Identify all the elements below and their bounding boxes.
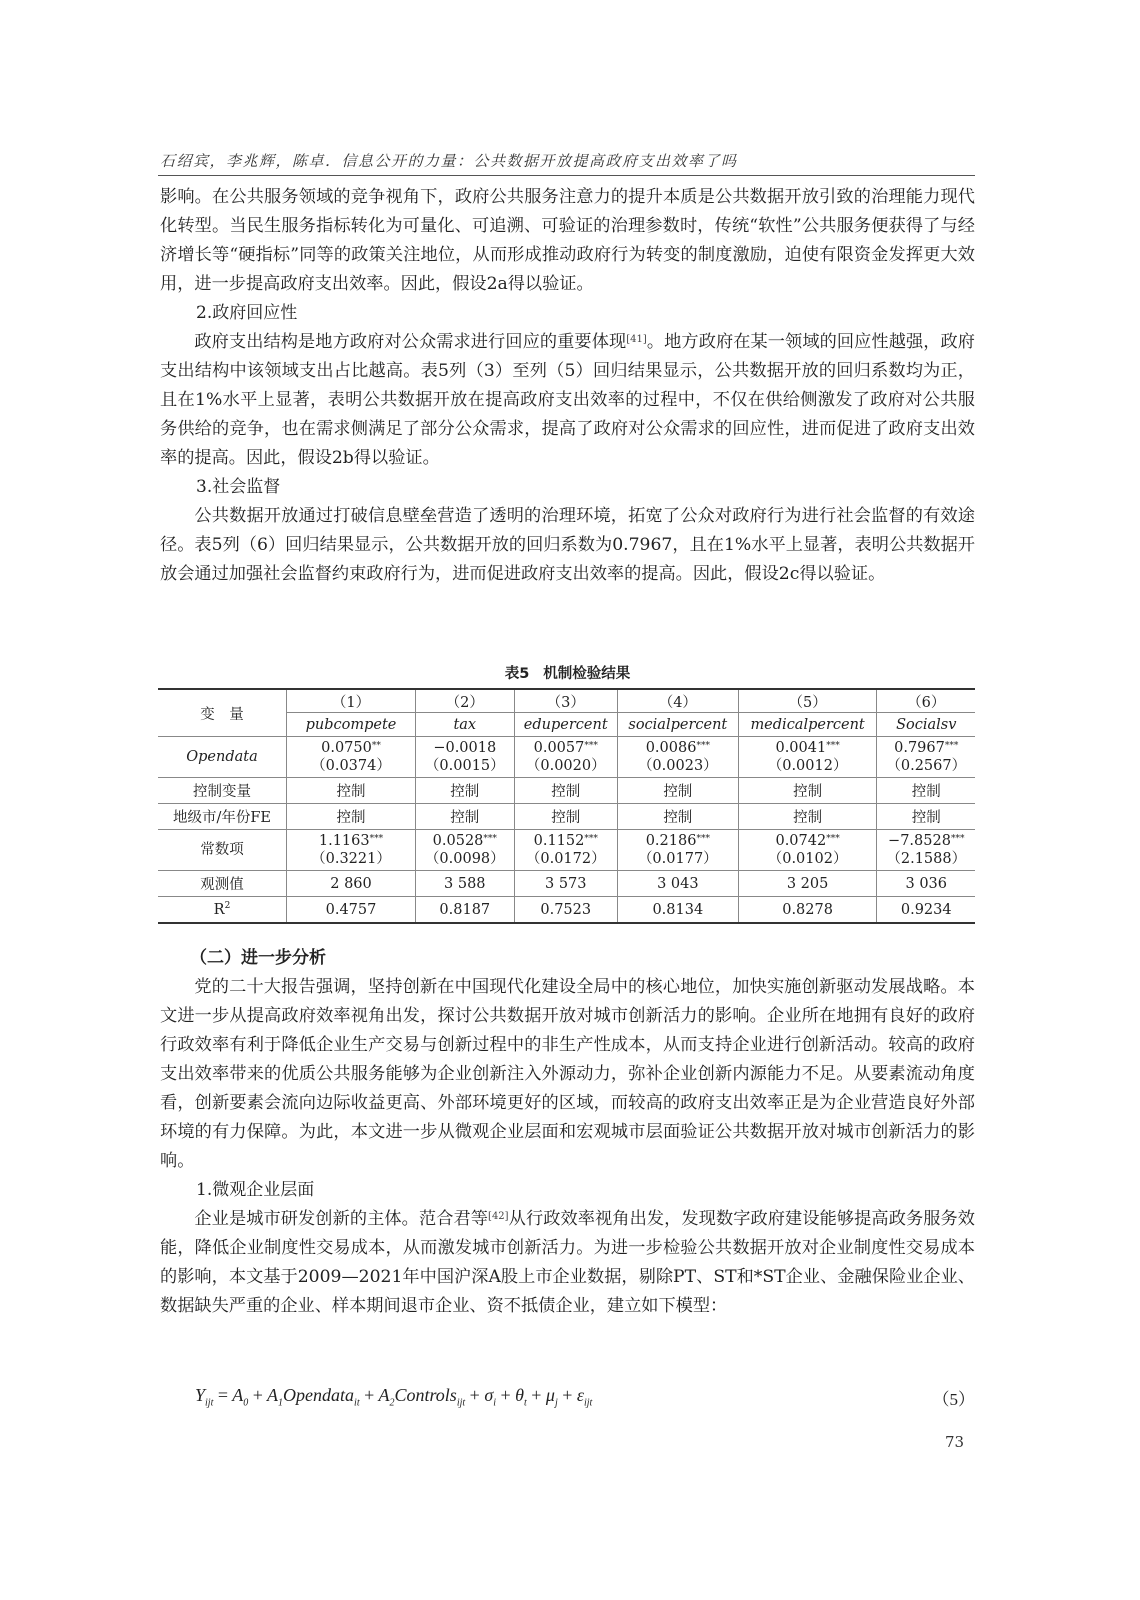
table-cell: −0.0018（0.0015） bbox=[416, 737, 515, 778]
col-name: tax bbox=[416, 713, 515, 737]
table-cell: 0.1152***（0.0172） bbox=[514, 830, 617, 871]
citation-ref[interactable]: [42] bbox=[488, 1211, 509, 1222]
paragraph: 公共数据开放通过打破信息壁垒营造了透明的治理环境，拓宽了公众对政府行为进行社会监… bbox=[160, 502, 975, 589]
table-header-row: 变 量 （1） （2） （3） （4） （5） （6） bbox=[158, 689, 975, 713]
col-name: medicalpercent bbox=[738, 713, 877, 737]
col-name: socialpercent bbox=[617, 713, 738, 737]
paragraph: 影响。在公共服务领域的竞争视角下，政府公共服务注意力的提升本质是公共数据开放引致… bbox=[160, 183, 975, 299]
table-cell: 3 205 bbox=[738, 871, 877, 897]
paragraph-text: 。地方政府在某一领域的回应性越强，政府支出结构中该领域支出占比越高。表5列（3）… bbox=[160, 332, 975, 468]
table-cell: 3 043 bbox=[617, 871, 738, 897]
table-row-opendata: Opendata 0.0750**（0.0374） −0.0018（0.0015… bbox=[158, 737, 975, 778]
table-cell: 0.8278 bbox=[738, 897, 877, 924]
table-row-fixed-effects: 地级市/年份FE 控制 控制 控制 控制 控制 控制 bbox=[158, 804, 975, 830]
col-number: （1） bbox=[287, 689, 416, 713]
row-label: 常数项 bbox=[158, 830, 287, 871]
table-cell: 0.9234 bbox=[877, 897, 975, 924]
header-rule bbox=[158, 175, 975, 176]
table-cell: 控制 bbox=[287, 778, 416, 804]
equation-number: （5） bbox=[933, 1385, 976, 1410]
row-label: Opendata bbox=[158, 737, 287, 778]
col-name: pubcompete bbox=[287, 713, 416, 737]
col-number: （5） bbox=[738, 689, 877, 713]
table-cell: 3 588 bbox=[416, 871, 515, 897]
table-cell: 控制 bbox=[617, 778, 738, 804]
paragraph: 企业是城市研发创新的主体。范合君等[42]从行政效率视角出发，发现数字政府建设能… bbox=[160, 1205, 975, 1321]
table-cell: 控制 bbox=[416, 804, 515, 830]
table-cell: −7.8528***（2.1588） bbox=[877, 830, 975, 871]
table-cell: 0.8187 bbox=[416, 897, 515, 924]
table-cell: 控制 bbox=[514, 804, 617, 830]
col-name: edupercent bbox=[514, 713, 617, 737]
table-cell: 0.4757 bbox=[287, 897, 416, 924]
paragraph-text: 政府支出结构是地方政府对公众需求进行回应的重要体现 bbox=[194, 332, 626, 352]
table-cell: 0.2186***（0.0177） bbox=[617, 830, 738, 871]
table-cell: 控制 bbox=[617, 804, 738, 830]
row-label: 控制变量 bbox=[158, 778, 287, 804]
col-number: （6） bbox=[877, 689, 975, 713]
table-row-constant: 常数项 1.1163***（0.3221） 0.0528***（0.0098） … bbox=[158, 830, 975, 871]
row-label: R2 bbox=[158, 897, 287, 924]
table-cell: 0.0750**（0.0374） bbox=[287, 737, 416, 778]
table-row-r-squared: R2 0.4757 0.8187 0.7523 0.8134 0.8278 0.… bbox=[158, 897, 975, 924]
table-cell: 0.7967***（0.2567） bbox=[877, 737, 975, 778]
table-cell: 0.0742***（0.0102） bbox=[738, 830, 877, 871]
section-heading-further-analysis: （二）进一步分析 bbox=[160, 944, 975, 973]
table-number: 表5 bbox=[505, 666, 530, 682]
table-cell: 控制 bbox=[738, 804, 877, 830]
table-caption: 表5机制检验结果 bbox=[160, 662, 975, 683]
table-row-observations: 观测值 2 860 3 588 3 573 3 043 3 205 3 036 bbox=[158, 871, 975, 897]
paragraph-text: 企业是城市研发创新的主体。范合君等 bbox=[194, 1209, 488, 1229]
table-cell: 0.0057***（0.0020） bbox=[514, 737, 617, 778]
table-cell: 控制 bbox=[416, 778, 515, 804]
table-cell: 控制 bbox=[877, 804, 975, 830]
table-cell: 控制 bbox=[287, 804, 416, 830]
table-cell: 0.8134 bbox=[617, 897, 738, 924]
table-cell: 控制 bbox=[738, 778, 877, 804]
subsection-heading-micro-firm: 1.微观企业层面 bbox=[160, 1176, 975, 1205]
paragraph: 政府支出结构是地方政府对公众需求进行回应的重要体现[41]。地方政府在某一领域的… bbox=[160, 328, 975, 473]
table-cell: 0.0041***（0.0012） bbox=[738, 737, 877, 778]
subsection-heading-responsiveness: 2.政府回应性 bbox=[160, 299, 975, 328]
subsection-heading-supervision: 3.社会监督 bbox=[160, 473, 975, 502]
table-cell: 0.7523 bbox=[514, 897, 617, 924]
equation-5: Yijt = A0 + A1Opendatait + A2Controlsijt… bbox=[195, 1385, 975, 1409]
body-bottom: （二）进一步分析 党的二十大报告强调，坚持创新在中国现代化建设全局中的核心地位，… bbox=[160, 944, 975, 1321]
col-number: （3） bbox=[514, 689, 617, 713]
table-cell: 3 573 bbox=[514, 871, 617, 897]
table-row-controls: 控制变量 控制 控制 控制 控制 控制 控制 bbox=[158, 778, 975, 804]
col-number: （4） bbox=[617, 689, 738, 713]
table-cell: 0.0528***（0.0098） bbox=[416, 830, 515, 871]
table-cell: 3 036 bbox=[877, 871, 975, 897]
table-cell: 0.0086***（0.0023） bbox=[617, 737, 738, 778]
table-title: 机制检验结果 bbox=[543, 666, 630, 682]
paragraph: 党的二十大报告强调，坚持创新在中国现代化建设全局中的核心地位，加快实施创新驱动发… bbox=[160, 973, 975, 1176]
table-cell: 1.1163***（0.3221） bbox=[287, 830, 416, 871]
table-cell: 2 860 bbox=[287, 871, 416, 897]
variable-header: 变 量 bbox=[158, 689, 287, 737]
table-cell: 控制 bbox=[514, 778, 617, 804]
body-top: 影响。在公共服务领域的竞争视角下，政府公共服务注意力的提升本质是公共数据开放引致… bbox=[160, 183, 975, 589]
row-label: 观测值 bbox=[158, 871, 287, 897]
col-name: Socialsv bbox=[877, 713, 975, 737]
citation-ref[interactable]: [41] bbox=[626, 334, 647, 345]
running-head: 石绍宾，李兆辉，陈卓．信息公开的力量：公共数据开放提高政府支出效率了吗 bbox=[160, 150, 975, 171]
table-cell: 控制 bbox=[877, 778, 975, 804]
col-number: （2） bbox=[416, 689, 515, 713]
row-label: 地级市/年份FE bbox=[158, 804, 287, 830]
results-table: 变 量 （1） （2） （3） （4） （5） （6） pubcompete t… bbox=[158, 688, 975, 924]
page-number: 73 bbox=[945, 1433, 964, 1451]
